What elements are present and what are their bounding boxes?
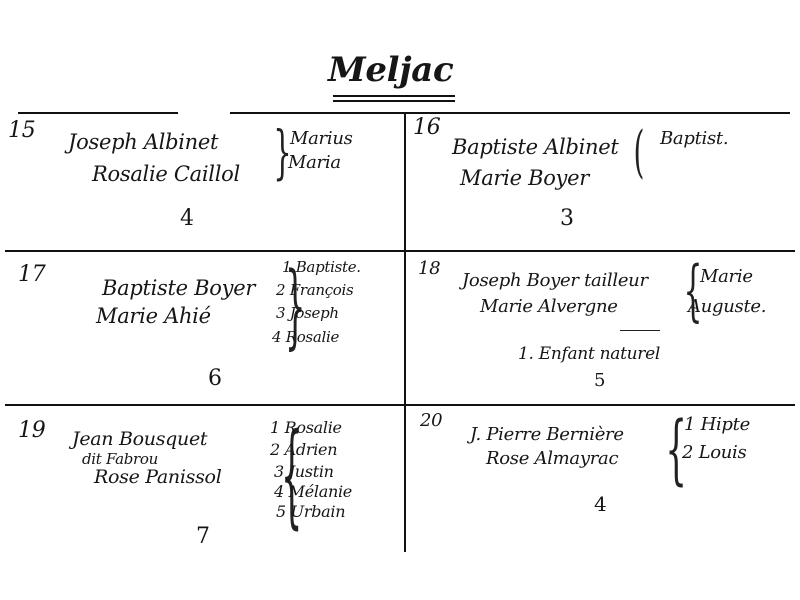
child-count: 4 [180,206,194,231]
father-name: Baptiste Boyer [102,276,255,300]
page-title: Meljac [328,50,453,90]
title-underline-bottom [333,100,455,102]
child-name: 5 Urbain [276,502,345,521]
child-name: Auguste. [688,296,766,317]
brace: ( [633,120,644,185]
child-name: 2 Adrien [270,440,337,459]
mother-name: Marie Alvergne [480,296,618,317]
mother-name: Rosalie Caillol [92,162,240,186]
child-name: 4 Rosalie [272,328,339,346]
child-name: 1 Baptiste. [282,258,361,276]
child-name: Marius [290,128,353,149]
entry-number: 16 [413,115,440,140]
entry-number: 18 [418,258,440,279]
mother-name: Marie Boyer [460,166,589,190]
child-count: 5 [594,370,605,391]
child-count: 7 [196,524,210,549]
entry-number: 19 [18,418,45,443]
child-name: 2 Louis [682,442,746,463]
row-divider-middle-1 [5,250,795,252]
title-underline-top [333,95,455,97]
child-count: 3 [560,206,574,231]
child-name: 3 Justin [274,462,334,481]
child-name: Baptist. [660,128,728,149]
entry-number: 17 [18,262,45,287]
father-name: Jean Bousquet [72,428,207,450]
separator-dash [620,330,660,331]
entry-number: 20 [420,410,442,431]
child-name: 1 Hipte [684,414,750,435]
father-name: Joseph Boyer tailleur [462,270,648,291]
father-name: J. Pierre Bernière [470,424,624,445]
column-divider [404,112,406,552]
child-name: Maria [288,152,341,173]
child-count: 6 [208,366,222,391]
father-name: Baptiste Albinet [452,135,619,159]
child-name: Marie [700,266,753,287]
child-name: 1 Rosalie [270,418,342,437]
entry-note: 1. Enfant naturel [518,344,660,364]
child-name: 4 Mélanie [274,482,352,501]
row-divider-top-left-a [18,112,178,114]
entry-number: 15 [8,118,35,143]
child-name: 2 François [276,281,353,299]
mother-name: Rose Almayrac [486,448,618,469]
child-name: 3 Joseph [276,304,339,322]
father-name: Joseph Albinet [68,130,218,154]
mother-name: Marie Ahié [96,304,211,328]
child-count: 4 [594,492,606,516]
row-divider-top [230,112,790,114]
brace: { [684,252,703,329]
mother-name: Rose Panissol [94,466,221,488]
